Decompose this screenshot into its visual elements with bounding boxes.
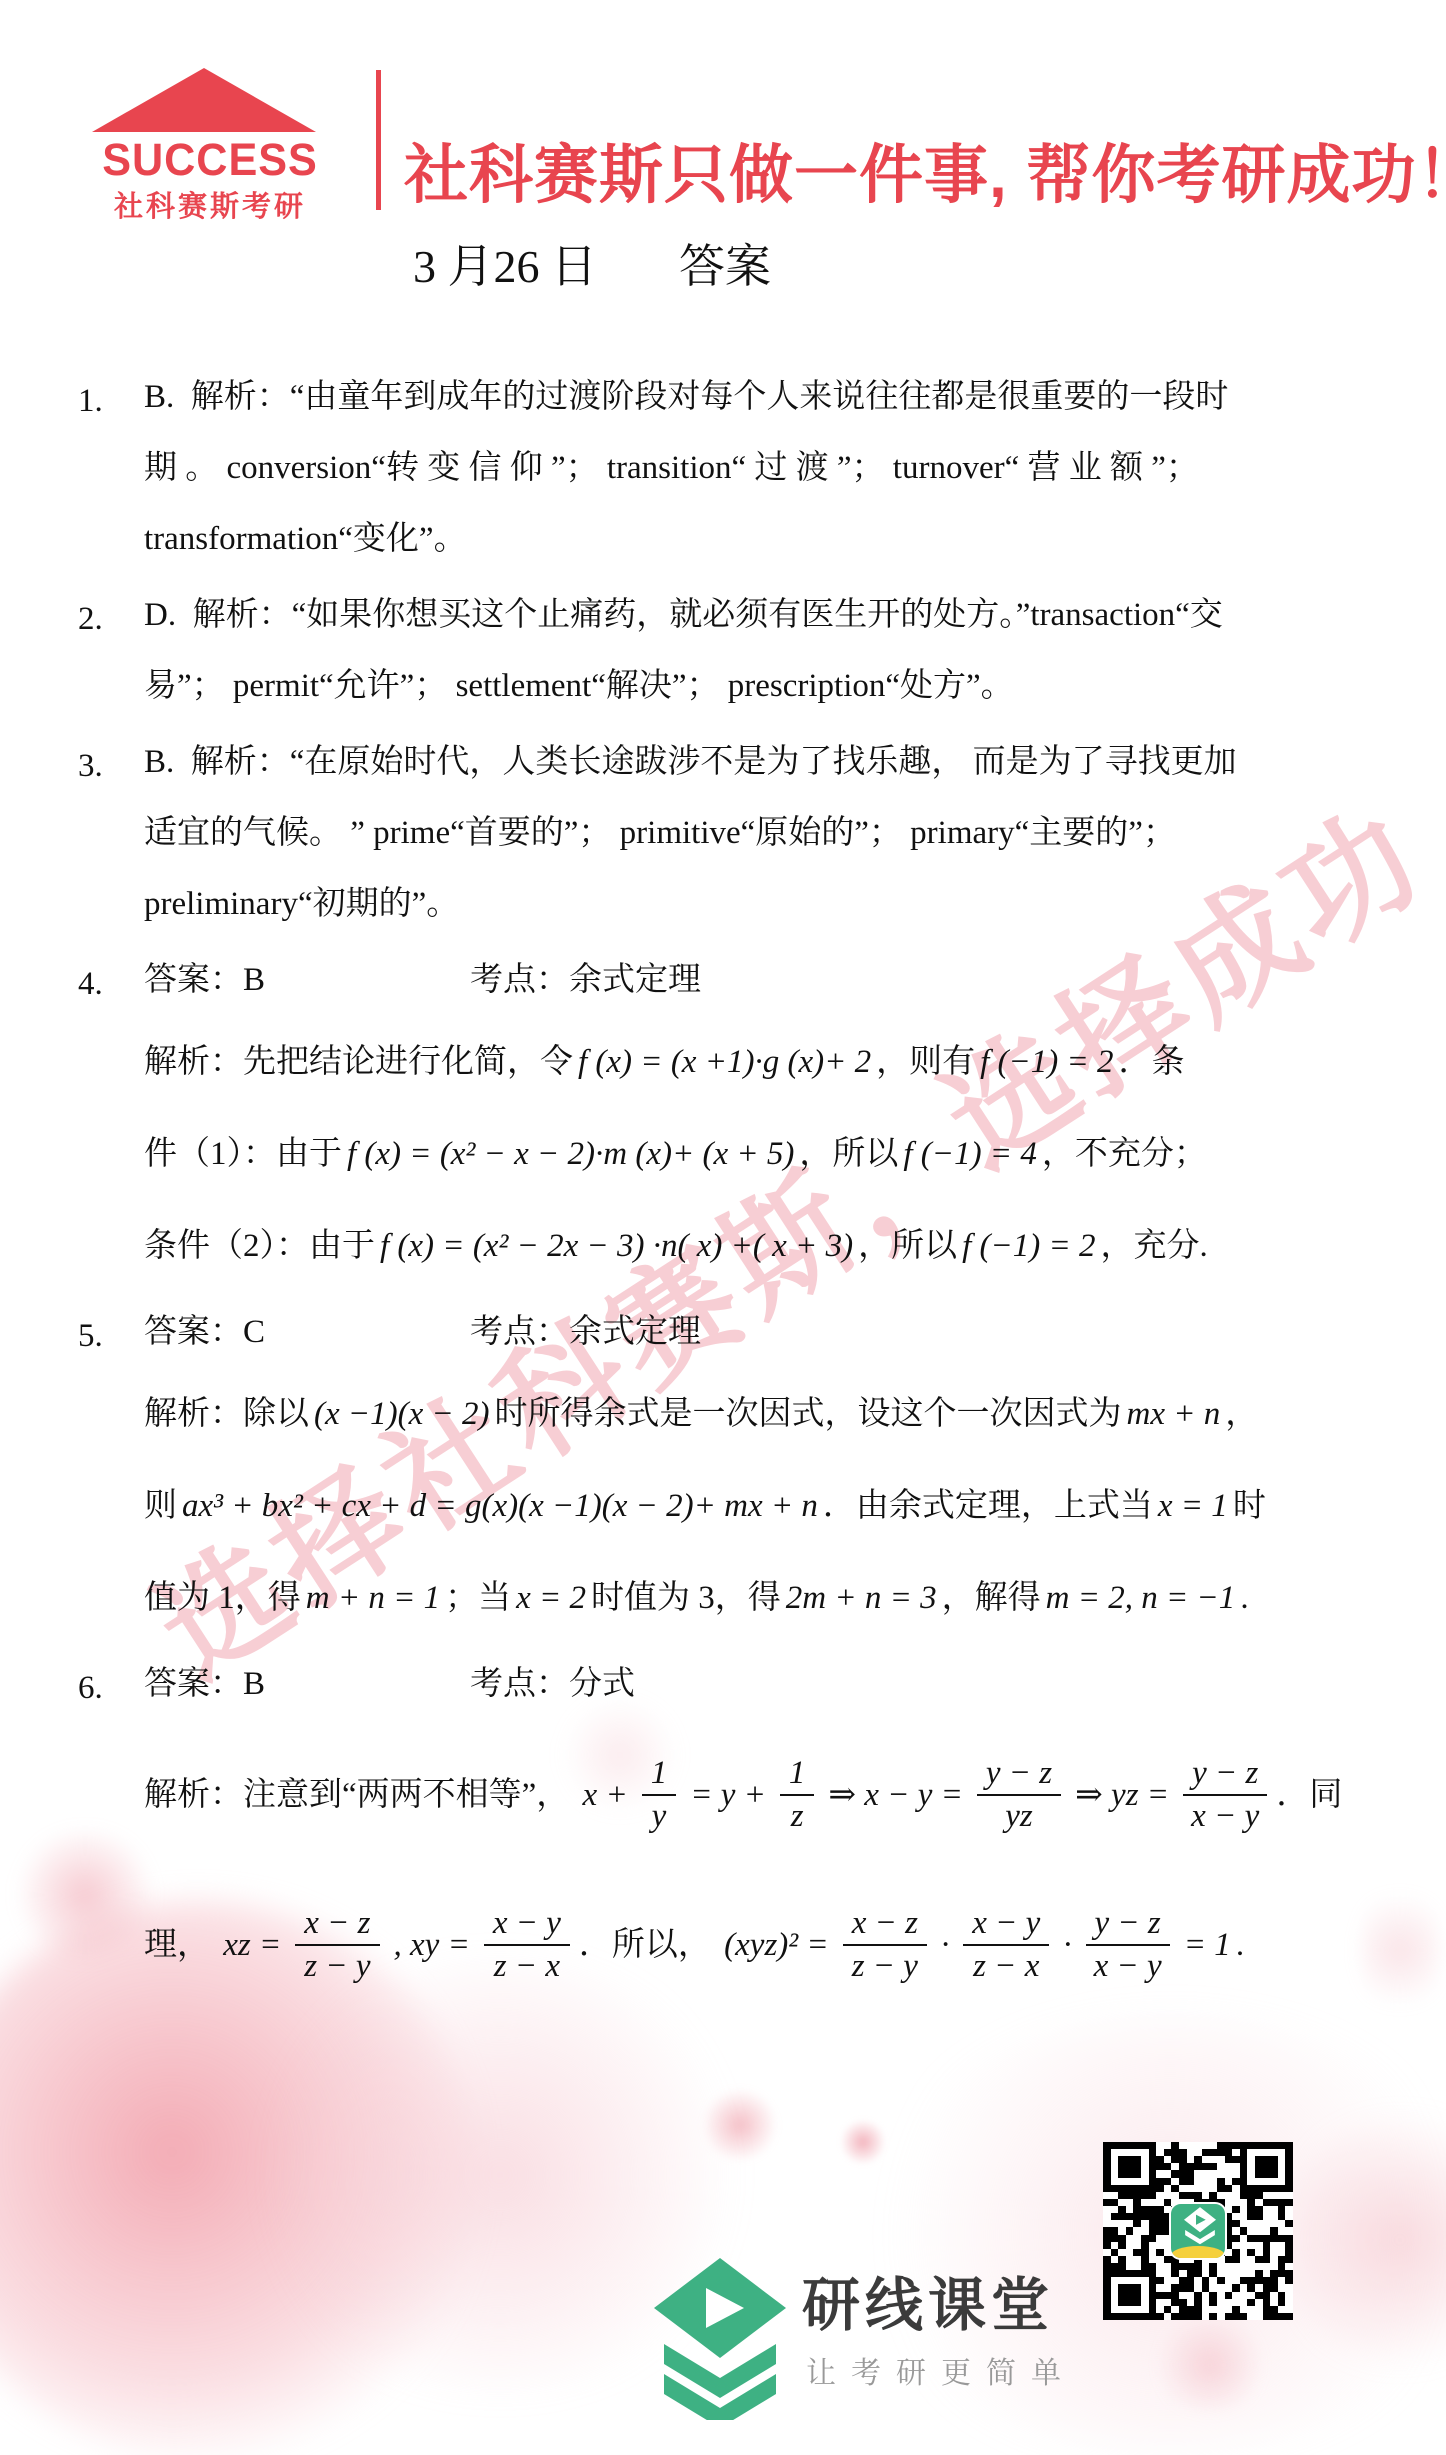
qr-logo-band (1171, 2246, 1225, 2258)
qr-cell (1149, 2178, 1157, 2185)
qr-cell (1278, 2178, 1286, 2185)
answer-item-number: 4. (78, 945, 144, 1292)
qr-cell (1278, 2256, 1286, 2263)
qr-cell (1141, 2277, 1149, 2284)
qr-cell (1141, 2156, 1149, 2163)
qr-cell (1194, 2299, 1202, 2306)
qr-cell (1103, 2284, 1111, 2291)
qr-cell (1209, 2149, 1217, 2156)
qr-cell (1247, 2142, 1255, 2149)
answer-item-body: 答案：C考点：余式定理解析：除以(x −1)(x − 2)时所得余式是一次因式，… (144, 1297, 1406, 1644)
qr-cell (1156, 2263, 1164, 2270)
fraction-denominator: z − x (973, 1946, 1039, 1985)
qr-cell (1278, 2163, 1286, 2170)
qr-cell (1111, 2163, 1119, 2170)
answer-line: B. 解析：“在原始时代，人类长途跋涉不是为了找乐趣， 而是为了寻找更加 (144, 727, 1406, 798)
fraction-denominator: z − x (494, 1946, 560, 1985)
qr-cell (1187, 2270, 1195, 2277)
fraction-denominator: z (791, 1796, 804, 1835)
qr-cell (1194, 2192, 1202, 2199)
answer-item-number: 6. (78, 1649, 144, 2020)
qr-cell (1202, 2313, 1210, 2320)
qr-cell (1232, 2313, 1240, 2320)
qr-cell (1232, 2306, 1240, 2313)
qr-cell (1263, 2242, 1271, 2249)
answer-item-body: 答案：B考点：余式定理解析：先把结论进行化简，令f (x) = (x +1)·g… (144, 945, 1406, 1292)
qr-cell (1278, 2199, 1286, 2206)
answer-line: 解析：除以(x −1)(x − 2)时所得余式是一次因式，设这个一次因式为mx … (144, 1368, 1406, 1460)
qr-cell (1285, 2213, 1293, 2220)
qr-cell (1187, 2284, 1195, 2291)
qr-cell (1187, 2156, 1195, 2163)
answer-text: D. 解析：“如果你想买这个止痛药，就必须有医生开的处方。”transactio… (144, 593, 1223, 638)
qr-cell (1209, 2192, 1217, 2199)
answer-line: 解析：先把结论进行化简，令f (x) = (x +1)·g (x)+ 2，则有f… (144, 1016, 1406, 1108)
qr-cell (1126, 2299, 1134, 2306)
qr-cell (1133, 2256, 1141, 2263)
qr-cell (1217, 2156, 1225, 2163)
qr-cell (1202, 2277, 1210, 2284)
qr-cell (1240, 2242, 1248, 2249)
qr-cell (1209, 2313, 1217, 2320)
qr-cell (1179, 2163, 1187, 2170)
qr-cell (1179, 2149, 1187, 2156)
qr-cell (1232, 2192, 1240, 2199)
qr-cell (1103, 2149, 1111, 2156)
qr-cell (1225, 2163, 1233, 2170)
qr-cell (1263, 2249, 1271, 2256)
qr-cell (1171, 2270, 1179, 2277)
qr-cell (1270, 2192, 1278, 2199)
qr-cell (1141, 2149, 1149, 2156)
answer-item: 1.B. 解析：“由童年到成年的过渡阶段对每个人来说往往都是很重要的一段时期 。… (78, 362, 1406, 575)
answer-line: preliminary“初期的”。 (144, 869, 1406, 940)
answer-line: 易”； permit“允许”； settlement“解决”； prescrip… (144, 651, 1406, 722)
qr-cell (1240, 2270, 1248, 2277)
math-expression: (x −1)(x − 2) (309, 1392, 495, 1437)
qr-cell (1247, 2227, 1255, 2234)
qr-cell (1133, 2142, 1141, 2149)
qr-cell (1164, 2185, 1172, 2192)
qr-cell (1217, 2313, 1225, 2320)
qr-cell (1141, 2270, 1149, 2277)
qr-cell (1179, 2306, 1187, 2313)
qr-cell (1118, 2299, 1126, 2306)
math-fraction: x − zz − y (295, 1905, 379, 1985)
qr-cell (1141, 2199, 1149, 2206)
qr-cell (1232, 2206, 1240, 2213)
qr-cell (1247, 2292, 1255, 2299)
qr-cell (1194, 2284, 1202, 2291)
qr-cell (1247, 2163, 1255, 2170)
qr-cell (1149, 2227, 1157, 2234)
qr-cell (1270, 2178, 1278, 2185)
qr-cell (1270, 2213, 1278, 2220)
page-title: 3 月26 日答案 (413, 230, 771, 296)
qr-cell (1263, 2170, 1271, 2177)
qr-cell (1111, 2277, 1119, 2284)
qr-cell (1270, 2256, 1278, 2263)
qr-cell (1141, 2313, 1149, 2320)
qr-cell (1240, 2263, 1248, 2270)
qr-cell (1187, 2185, 1195, 2192)
qr-cell (1278, 2263, 1286, 2270)
qr-cell (1118, 2284, 1126, 2291)
qr-cell (1156, 2185, 1164, 2192)
qr-cell (1156, 2270, 1164, 2277)
qr-cell (1141, 2299, 1149, 2306)
qr-cell (1179, 2277, 1187, 2284)
qr-cell (1263, 2270, 1271, 2277)
qr-cell (1270, 2206, 1278, 2213)
qr-cell (1240, 2142, 1248, 2149)
qr-cell (1225, 2292, 1233, 2299)
qr-cell (1255, 2220, 1263, 2227)
qr-cell (1126, 2292, 1134, 2299)
qr-cell (1225, 2156, 1233, 2163)
qr-cell (1141, 2306, 1149, 2313)
qr-cell (1156, 2163, 1164, 2170)
qr-cell (1126, 2277, 1134, 2284)
qr-cell (1149, 2192, 1157, 2199)
qr-cell (1285, 2149, 1293, 2156)
qr-cell (1149, 2277, 1157, 2284)
qr-cell (1278, 2292, 1286, 2299)
yanxian-classroom-tagline: 让考研更简单 (806, 2348, 1076, 2392)
math-expression: mx + n (1122, 1392, 1226, 1437)
qr-cell (1171, 2163, 1179, 2170)
answer-text: B. 解析：“在原始时代，人类长途跋涉不是为了找乐趣， 而是为了寻找更加 (144, 740, 1237, 785)
qr-cell (1263, 2206, 1271, 2213)
qr-cell (1209, 2270, 1217, 2277)
answer-line: 条件（2）：由于f (x) = (x² − 2x − 3) ·n( x) +( … (144, 1200, 1406, 1292)
qr-cell (1103, 2220, 1111, 2227)
qr-cell (1285, 2235, 1293, 2242)
qr-cell (1278, 2299, 1286, 2306)
qr-cell (1111, 2242, 1119, 2249)
qr-cell (1187, 2178, 1195, 2185)
math-expression: ax³ + bx² + cx + d = g(x)(x −1)(x − 2)+ … (177, 1484, 823, 1529)
qr-cell (1118, 2156, 1126, 2163)
qr-cell (1179, 2313, 1187, 2320)
qr-cell (1156, 2299, 1164, 2306)
qr-cell (1202, 2142, 1210, 2149)
qr-cell (1247, 2156, 1255, 2163)
qr-cell (1278, 2149, 1286, 2156)
answer-text: ， (1225, 1392, 1258, 1437)
qr-center-logo-icon (1169, 2202, 1227, 2260)
qr-cell (1247, 2277, 1255, 2284)
qr-cell (1217, 2270, 1225, 2277)
qr-cell (1225, 2149, 1233, 2156)
qr-cell (1118, 2256, 1126, 2263)
qr-cell (1225, 2192, 1233, 2199)
qr-cell (1255, 2149, 1263, 2156)
qr-cell (1126, 2220, 1134, 2227)
qr-cell (1209, 2156, 1217, 2163)
qr-cell (1164, 2142, 1172, 2149)
answer-text: 时 (1233, 1484, 1266, 1529)
answer-line: 适宜的气候。 ” prime“首要的”； primitive“原始的”； pri… (144, 798, 1406, 869)
qr-cell (1111, 2299, 1119, 2306)
qr-cell (1141, 2192, 1149, 2199)
qr-cell (1194, 2156, 1202, 2163)
math-expression: x = 1 (1153, 1484, 1233, 1529)
qr-cell (1103, 2235, 1111, 2242)
answer-item: 2.D. 解析：“如果你想买这个止痛药，就必须有医生开的处方。”transact… (78, 580, 1406, 722)
qr-cell (1255, 2263, 1263, 2270)
qr-cell (1103, 2156, 1111, 2163)
qr-cell (1263, 2213, 1271, 2220)
qr-cell (1202, 2192, 1210, 2199)
logo-brand-text: SUCCESS (66, 134, 354, 186)
qr-cell (1164, 2299, 1172, 2306)
qr-cell (1240, 2235, 1248, 2242)
qr-cell (1133, 2306, 1141, 2313)
answer-line: 期 。 conversion“转 变 信 仰 ”； transition“ 过 … (144, 433, 1406, 504)
answer-text: 值为 1，得 (144, 1576, 301, 1621)
qr-cell (1270, 2249, 1278, 2256)
answer-text: 解析：除以 (144, 1392, 309, 1437)
qr-cell (1164, 2270, 1172, 2277)
qr-cell (1126, 2227, 1134, 2234)
qr-cell (1149, 2306, 1157, 2313)
qr-cell (1270, 2299, 1278, 2306)
qr-cell (1133, 2270, 1141, 2277)
qr-cell (1240, 2227, 1248, 2234)
math-expression: f (x) = (x² − x − 2)·m (x)+ (x + 5) (342, 1132, 799, 1177)
qr-cell (1225, 2178, 1233, 2185)
math-expression: (xyz)² = (719, 1923, 834, 1968)
qr-cell (1247, 2213, 1255, 2220)
qr-cell (1232, 2299, 1240, 2306)
math-expression: = y + (685, 1773, 771, 1818)
qr-cell (1232, 2149, 1240, 2156)
qr-cell (1278, 2270, 1286, 2277)
qr-cell (1164, 2192, 1172, 2199)
answer-item-number: 5. (78, 1297, 144, 1644)
answer-item: 6.答案：B考点：分式解析：注意到“两两不相等”， x +1y= y +1z⇒ … (78, 1649, 1406, 2020)
qr-cell (1187, 2192, 1195, 2199)
qr-cell (1126, 2149, 1134, 2156)
math-fraction: 1z (780, 1755, 815, 1835)
qr-cell (1285, 2227, 1293, 2234)
qr-cell (1149, 2299, 1157, 2306)
qr-cell (1194, 2306, 1202, 2313)
qr-cell (1270, 2142, 1278, 2149)
qr-cell (1103, 2163, 1111, 2170)
qr-cell (1118, 2249, 1126, 2256)
qr-cell (1133, 2235, 1141, 2242)
qr-cell (1225, 2270, 1233, 2277)
qr-cell (1232, 2156, 1240, 2163)
qr-cell (1111, 2199, 1119, 2206)
qr-cell (1111, 2313, 1119, 2320)
qr-cell (1156, 2206, 1164, 2213)
qr-cell (1263, 2306, 1271, 2313)
qr-cell (1232, 2249, 1240, 2256)
qr-cell (1263, 2142, 1271, 2149)
qr-cell (1126, 2185, 1134, 2192)
qr-cell (1240, 2192, 1248, 2199)
qr-cell (1255, 2284, 1263, 2291)
answer-text: 答案：B (144, 958, 265, 1003)
qr-cell (1285, 2220, 1293, 2227)
qr-cell (1156, 2156, 1164, 2163)
qr-cell (1270, 2277, 1278, 2284)
qr-cell (1111, 2149, 1119, 2156)
qr-cell (1247, 2206, 1255, 2213)
qr-cell (1126, 2313, 1134, 2320)
qr-cell (1232, 2185, 1240, 2192)
qr-cell (1194, 2292, 1202, 2299)
answer-text: . (1236, 1923, 1244, 1968)
qr-cell (1179, 2270, 1187, 2277)
qr-cell (1171, 2284, 1179, 2291)
qr-cell (1247, 2256, 1255, 2263)
qr-cell (1217, 2142, 1225, 2149)
qr-cell (1111, 2256, 1119, 2263)
qr-cell (1278, 2235, 1286, 2242)
qr-cell (1194, 2178, 1202, 2185)
qr-cell (1270, 2170, 1278, 2177)
qr-cell (1118, 2149, 1126, 2156)
qr-cell (1179, 2142, 1187, 2149)
qr-cell (1111, 2142, 1119, 2149)
qr-cell (1285, 2256, 1293, 2263)
qr-cell (1133, 2206, 1141, 2213)
qr-cell (1202, 2270, 1210, 2277)
qr-cell (1255, 2178, 1263, 2185)
qr-cell (1247, 2270, 1255, 2277)
qr-cell (1255, 2306, 1263, 2313)
qr-cell (1255, 2170, 1263, 2177)
math-fraction: y − zx − y (1183, 1755, 1267, 1835)
qr-cell (1202, 2185, 1210, 2192)
math-expression: x + (578, 1773, 633, 1818)
qr-cell (1217, 2163, 1225, 2170)
qr-cell (1209, 2292, 1217, 2299)
math-expression: · (936, 1923, 954, 1968)
qr-cell (1240, 2220, 1248, 2227)
qr-cell (1217, 2292, 1225, 2299)
qr-cell (1111, 2220, 1119, 2227)
qr-cell (1240, 2256, 1248, 2263)
qr-cell (1156, 2192, 1164, 2199)
qr-cell (1141, 2284, 1149, 2291)
qr-cell (1141, 2249, 1149, 2256)
qr-cell (1247, 2178, 1255, 2185)
qr-cell (1103, 2178, 1111, 2185)
qr-cell (1111, 2292, 1119, 2299)
qr-cell (1232, 2213, 1240, 2220)
fraction-denominator: z − y (304, 1946, 370, 1985)
qr-cell (1133, 2156, 1141, 2163)
qr-cell (1156, 2220, 1164, 2227)
qr-cell (1156, 2199, 1164, 2206)
qr-cell (1217, 2170, 1225, 2177)
qr-cell (1255, 2249, 1263, 2256)
answer-text: ，解得 (942, 1576, 1041, 1621)
qr-cell (1103, 2299, 1111, 2306)
qr-cell (1133, 2313, 1141, 2320)
qr-cell (1133, 2220, 1141, 2227)
qr-cell (1133, 2277, 1141, 2284)
math-expression: x = 2 (511, 1576, 591, 1621)
qr-cell (1209, 2185, 1217, 2192)
qr-cell (1141, 2170, 1149, 2177)
qr-cell (1232, 2199, 1240, 2206)
qr-cell (1118, 2163, 1126, 2170)
qr-cell (1278, 2192, 1286, 2199)
math-expression: · (1058, 1923, 1076, 1968)
qr-cell (1187, 2149, 1195, 2156)
qr-cell (1270, 2156, 1278, 2163)
qr-cell (1225, 2277, 1233, 2284)
qr-cell (1126, 2170, 1134, 2177)
qr-cell (1179, 2299, 1187, 2306)
fraction-numerator: x − z (295, 1905, 379, 1946)
qr-cell (1255, 2156, 1263, 2163)
qr-cell (1103, 2313, 1111, 2320)
qr-cell (1194, 2163, 1202, 2170)
qr-cell (1111, 2156, 1119, 2163)
qr-cell (1126, 2270, 1134, 2277)
qr-cell (1240, 2156, 1248, 2163)
qr-cell (1225, 2256, 1233, 2263)
qr-cell (1202, 2156, 1210, 2163)
qr-cell (1118, 2178, 1126, 2185)
qr-cell (1126, 2192, 1134, 2199)
answer-text: 条件（2）：由于 (144, 1224, 375, 1269)
qr-cell (1285, 2178, 1293, 2185)
qr-cell (1133, 2170, 1141, 2177)
qr-cell (1149, 2313, 1157, 2320)
qr-code (1103, 2142, 1293, 2320)
qr-cell (1103, 2192, 1111, 2199)
qr-cell (1141, 2178, 1149, 2185)
answer-text: preliminary“初期的”。 (144, 882, 459, 927)
qr-cell (1278, 2284, 1286, 2291)
qr-cell (1149, 2156, 1157, 2163)
qr-cell (1232, 2277, 1240, 2284)
qr-cell (1187, 2306, 1195, 2313)
qr-cell (1278, 2220, 1286, 2227)
qr-cell (1263, 2292, 1271, 2299)
qr-cell (1194, 2170, 1202, 2177)
header-divider (376, 70, 381, 210)
qr-cell (1111, 2192, 1119, 2199)
qr-cell (1232, 2284, 1240, 2291)
qr-cell (1149, 2249, 1157, 2256)
qr-cell (1149, 2149, 1157, 2156)
qr-cell (1171, 2263, 1179, 2270)
qr-cell (1217, 2284, 1225, 2291)
qr-cell (1232, 2142, 1240, 2149)
qr-cell (1187, 2170, 1195, 2177)
yanxian-classroom-logo-icon (652, 2252, 788, 2420)
qr-cell (1133, 2263, 1141, 2270)
fraction-numerator: x − y (484, 1905, 570, 1946)
qr-cell (1111, 2249, 1119, 2256)
qr-cell (1194, 2313, 1202, 2320)
qr-cell (1118, 2185, 1126, 2192)
answer-line: 答案：B考点：分式 (144, 1649, 1406, 1720)
qr-cell (1156, 2242, 1164, 2249)
qr-cell (1255, 2206, 1263, 2213)
answer-text: ，所以 (858, 1224, 957, 1269)
answer-item-body: D. 解析：“如果你想买这个止痛药，就必须有医生开的处方。”transactio… (144, 580, 1406, 722)
